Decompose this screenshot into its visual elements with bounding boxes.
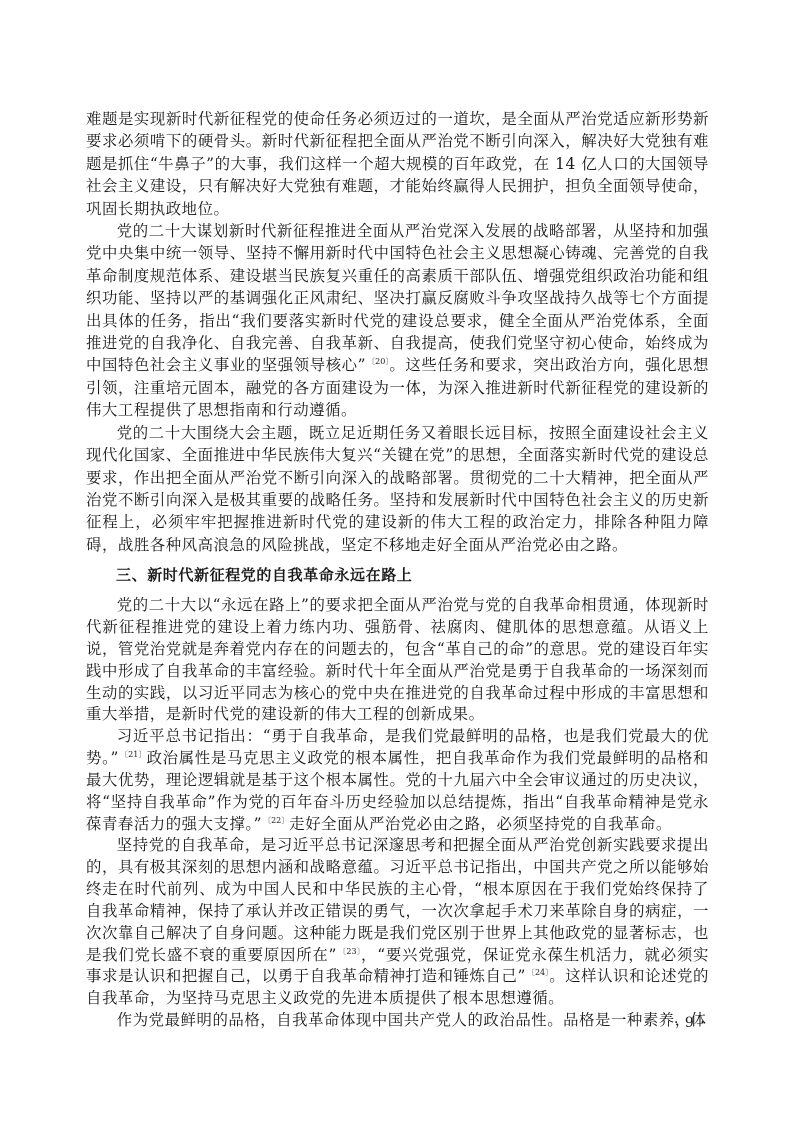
section-three-heading: 三、新时代新征程党的自我革命永远在路上 xyxy=(86,564,709,586)
paragraph-text: 难题是实现新时代新征程党的使命任务必须迈过的一道坎，是全面从严治党适应新形势新要… xyxy=(86,110,709,218)
paragraph-text: 党的二十大谋划新时代新征程推进全面从严治党深入发展的战略部署，从坚持和加强党中央… xyxy=(86,222,709,374)
body-paragraph: 习近平总书记指出：“勇于自我革命，是我们党最鲜明的品格，也是我们党最大的优势。”… xyxy=(86,726,709,835)
page-number: · 9 · xyxy=(674,1015,706,1031)
citation-marker: 〔21〕 xyxy=(120,750,147,759)
body-paragraph: 坚持党的自我革命，是习近平总书记深邃思考和把握全面从严治党创新实践要求提出的，具… xyxy=(86,835,709,1010)
paragraph-text: 党的二十大围绕大会主题，既立足近期任务又着眼长远目标，按照全面建设社会主义现代化… xyxy=(86,424,709,554)
body-paragraph: 党的二十大围绕大会主题，既立足近期任务又着眼长远目标，按照全面建设社会主义现代化… xyxy=(86,422,709,556)
body-paragraph: 作为党最鲜明的品格，自我革命体现中国共产党人的政治品性。品格是一种素养，体 xyxy=(86,1010,709,1032)
body-paragraph: 党的二十大以“永远在路上”的要求把全面从严治党与党的自我革命相贯通，体现新时代新… xyxy=(86,595,709,726)
body-paragraph: 党的二十大谋划新时代新征程推进全面从严治党深入发展的战略部署，从坚持和加强党中央… xyxy=(86,220,709,422)
citation-marker: 〔24〕 xyxy=(527,968,549,977)
section-three-body: 党的二十大以“永远在路上”的要求把全面从严治党与党的自我革命相贯通，体现新时代新… xyxy=(86,595,709,1032)
citation-marker: 〔23〕 xyxy=(338,947,361,956)
paragraph-text: 坚持党的自我革命，是习近平总书记深邃思考和把握全面从严治党创新实践要求提出的，具… xyxy=(86,836,709,963)
citation-marker: 〔22〕 xyxy=(263,816,289,825)
paragraph-text: 作为党最鲜明的品格，自我革命体现中国共产党人的政治品性。品格是一种素养，体 xyxy=(117,1011,707,1029)
body-paragraph: 难题是实现新时代新征程党的使命任务必须迈过的一道坎，是全面从严治党适应新形势新要… xyxy=(86,108,709,220)
section-two-continuation: 难题是实现新时代新征程党的使命任务必须迈过的一道坎，是全面从严治党适应新形势新要… xyxy=(86,108,709,556)
document-page: 难题是实现新时代新征程党的使命任务必须迈过的一道坎，是全面从严治党适应新形势新要… xyxy=(86,108,709,1032)
paragraph-text: 走好全面从严治党必由之路，必须坚持党的自我革命。 xyxy=(289,815,672,833)
paragraph-text: 党的二十大以“永远在路上”的要求把全面从严治党与党的自我革命相贯通，体现新时代新… xyxy=(86,596,709,723)
citation-marker: 〔20〕 xyxy=(367,357,389,366)
